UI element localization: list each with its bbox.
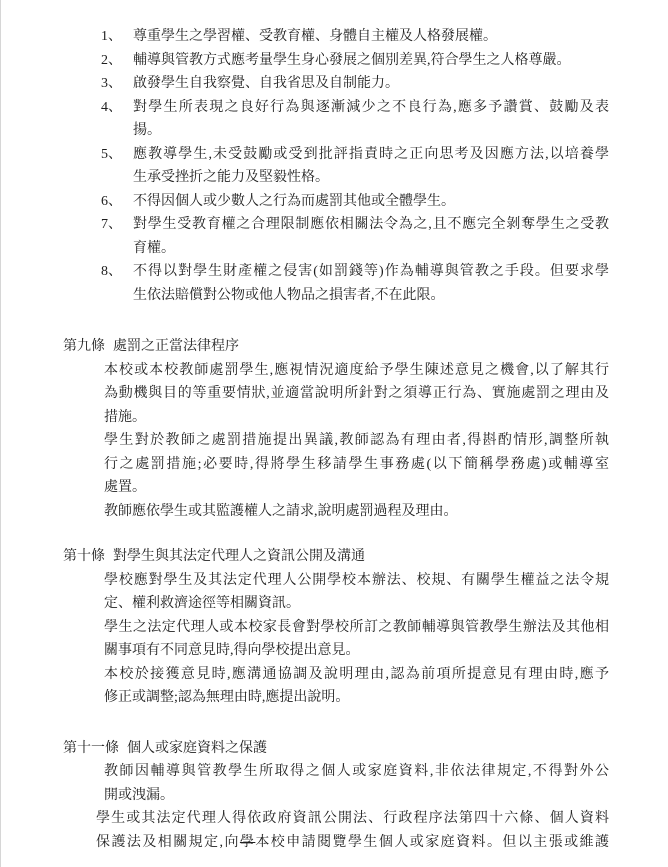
text-segment: 保護法及相關規定,向 bbox=[96, 835, 240, 850]
text-line: 應教導學生,未受鼓勵或受到批評指責時之正向思考及因應方法,以培養學 bbox=[133, 143, 609, 167]
item-text: 啟發學生自我察覺、自我省思及自制能力。 bbox=[133, 72, 609, 96]
paragraph: 學校應對學生及其法定代理人公開學校本辦法、校規、有關學生權益之法令規 定、權利救… bbox=[104, 569, 609, 616]
item-text: 對學生受教育權之合理限制應依相關法令為之,且不應完全剝奪學生之受教 育權。 bbox=[133, 213, 609, 260]
article-label: 第十條 bbox=[63, 549, 105, 564]
text-line: 關事項有不同意見時,得向學校提出意見。 bbox=[104, 639, 609, 663]
text-line: 對學生所表現之良好行為與逐漸減少之不良行為,應多予讚賞、鼓勵及表 bbox=[133, 96, 609, 120]
item-number: 3、 bbox=[101, 72, 133, 96]
item-number: 8、 bbox=[101, 260, 133, 307]
item-number: 1、 bbox=[101, 25, 133, 49]
document-page: 1、 尊重學生之學習權、受教育權、身體自主權及人格發展權。 2、 輔導與管教方式… bbox=[1, 0, 668, 854]
item-text: 尊重學生之學習權、受教育權、身體自主權及人格發展權。 bbox=[133, 25, 609, 49]
text-line: 本校於接獲意見時,應溝通協調及說明理由,認為前項所提意見有理由時,應予 bbox=[104, 663, 609, 687]
article-title: 個人或家庭資料之保護 bbox=[127, 741, 267, 756]
item-number: 5、 bbox=[101, 143, 133, 190]
list-item: 7、 對學生受教育權之合理限制應依相關法令為之,且不應完全剝奪學生之受教 育權。 bbox=[101, 213, 609, 260]
item-text: 不得因個人或少數人之行為而處罰其他或全體學生。 bbox=[133, 190, 609, 214]
paragraph: 學生之法定代理人或本校家長會對學校所訂之教師輔導與管教學生辦法及其他相 關事項有… bbox=[104, 616, 609, 663]
article-9: 第九條處罰之正當法律程序 本校或本校教師處罰學生,應視情況適度給予學生陳述意見之… bbox=[1, 335, 668, 523]
text-line: 行之處罰措施;必要時,得將學生移請學生事務處(以下簡稱學務處)或輔導室 bbox=[104, 453, 609, 477]
text-line: 為動機與目的等重要情狀,並適當說明所針對之須導正行為、實施處罰之理由及 bbox=[104, 382, 609, 406]
text-segment: 本校申請閱覽學生個人或家庭資料。但以主張或維護 bbox=[255, 835, 609, 850]
text-line: 教師應依學生或其監護權人之請求,說明處罰過程及理由。 bbox=[104, 500, 609, 524]
item-text: 應教導學生,未受鼓勵或受到批評指責時之正向思考及因應方法,以培養學 生承受挫折之… bbox=[133, 143, 609, 190]
paragraph: 教師應依學生或其監護權人之請求,說明處罰過程及理由。 bbox=[104, 500, 609, 524]
strikethrough-text: 學 bbox=[240, 835, 255, 850]
article-heading: 第九條處罰之正當法律程序 bbox=[63, 335, 668, 359]
text-line: 揚。 bbox=[133, 119, 609, 143]
paragraph: 教師因輔導與管教學生所取得之個人或家庭資料,非依法律規定,不得對外公 開或洩漏。 bbox=[104, 760, 609, 807]
article-title: 處罰之正當法律程序 bbox=[113, 339, 239, 354]
text-line: 不得因個人或少數人之行為而處罰其他或全體學生。 bbox=[133, 190, 609, 214]
paragraph: 本校於接獲意見時,應溝通協調及說明理由,認為前項所提意見有理由時,應予 修正或調… bbox=[104, 663, 609, 710]
text-line: 保護法及相關規定,向學本校申請閱覽學生個人或家庭資料。但以主張或維護 bbox=[96, 831, 609, 855]
text-line: 生承受挫折之能力及堅毅性格。 bbox=[133, 166, 609, 190]
numbered-list: 1、 尊重學生之學習權、受教育權、身體自主權及人格發展權。 2、 輔導與管教方式… bbox=[1, 25, 668, 307]
text-line: 生依法賠償對公物或他人物品之損害者,不在此限。 bbox=[133, 284, 609, 308]
list-item: 6、 不得因個人或少數人之行為而處罰其他或全體學生。 bbox=[101, 190, 609, 214]
list-item: 3、 啟發學生自我察覺、自我省思及自制能力。 bbox=[101, 72, 609, 96]
list-item: 1、 尊重學生之學習權、受教育權、身體自主權及人格發展權。 bbox=[101, 25, 609, 49]
text-line: 啟發學生自我察覺、自我省思及自制能力。 bbox=[133, 72, 609, 96]
text-line: 學生對於教師之處罰措施提出異議,教師認為有理由者,得斟酌情形,調整所執 bbox=[104, 429, 609, 453]
text-line: 學生或其法定代理人得依政府資訊公開法、行政程序法第四十六條、個人資料 bbox=[96, 807, 609, 831]
paragraph: 學生對於教師之處罰措施提出異議,教師認為有理由者,得斟酌情形,調整所執 行之處罰… bbox=[104, 429, 609, 500]
item-number: 6、 bbox=[101, 190, 133, 214]
text-line: 尊重學生之學習權、受教育權、身體自主權及人格發展權。 bbox=[133, 25, 609, 49]
article-heading: 第十條對學生與其法定代理人之資訊公開及溝通 bbox=[63, 545, 668, 569]
text-line: 修正或調整;認為無理由時,應提出說明。 bbox=[104, 686, 609, 710]
text-line: 不得以對學生財產權之侵害(如罰錢等)作為輔導與管教之手段。但要求學 bbox=[133, 260, 609, 284]
article-heading: 第十一條個人或家庭資料之保護 bbox=[63, 737, 668, 761]
item-text: 對學生所表現之良好行為與逐漸減少之不良行為,應多予讚賞、鼓勵及表 揚。 bbox=[133, 96, 609, 143]
article-title: 對學生與其法定代理人之資訊公開及溝通 bbox=[113, 549, 365, 564]
text-line: 定、權利救濟途徑等相關資訊。 bbox=[104, 592, 609, 616]
text-line: 育權。 bbox=[133, 237, 609, 261]
article-11: 第十一條個人或家庭資料之保護 教師因輔導與管教學生所取得之個人或家庭資料,非依法… bbox=[1, 737, 668, 855]
list-item: 8、 不得以對學生財產權之侵害(如罰錢等)作為輔導與管教之手段。但要求學 生依法… bbox=[101, 260, 609, 307]
article-label: 第十一條 bbox=[63, 741, 119, 756]
text-line: 學校應對學生及其法定代理人公開學校本辦法、校規、有關學生權益之法令規 bbox=[104, 569, 609, 593]
item-text: 不得以對學生財產權之侵害(如罰錢等)作為輔導與管教之手段。但要求學 生依法賠償對… bbox=[133, 260, 609, 307]
paragraph: 本校或本校教師處罰學生,應視情況適度給予學生陳述意見之機會,以了解其行 為動機與… bbox=[104, 359, 609, 430]
item-number: 7、 bbox=[101, 213, 133, 260]
paragraph: 學生或其法定代理人得依政府資訊公開法、行政程序法第四十六條、個人資料 保護法及相… bbox=[96, 807, 609, 854]
text-line: 措施。 bbox=[104, 406, 609, 430]
list-item: 2、 輔導與管教方式應考量學生身心發展之個別差異,符合學生之人格尊嚴。 bbox=[101, 49, 609, 73]
text-line: 學生之法定代理人或本校家長會對學校所訂之教師輔導與管教學生辦法及其他相 bbox=[104, 616, 609, 640]
article-10: 第十條對學生與其法定代理人之資訊公開及溝通 學校應對學生及其法定代理人公開學校本… bbox=[1, 545, 668, 710]
text-line: 本校或本校教師處罰學生,應視情況適度給予學生陳述意見之機會,以了解其行 bbox=[104, 359, 609, 383]
list-item: 5、 應教導學生,未受鼓勵或受到批評指責時之正向思考及因應方法,以培養學 生承受… bbox=[101, 143, 609, 190]
text-line: 教師因輔導與管教學生所取得之個人或家庭資料,非依法律規定,不得對外公 bbox=[104, 760, 609, 784]
text-line: 輔導與管教方式應考量學生身心發展之個別差異,符合學生之人格尊嚴。 bbox=[133, 49, 609, 73]
item-number: 4、 bbox=[101, 96, 133, 143]
item-text: 輔導與管教方式應考量學生身心發展之個別差異,符合學生之人格尊嚴。 bbox=[133, 49, 609, 73]
text-line: 對學生受教育權之合理限制應依相關法令為之,且不應完全剝奪學生之受教 bbox=[133, 213, 609, 237]
text-line: 處置。 bbox=[104, 476, 609, 500]
item-number: 2、 bbox=[101, 49, 133, 73]
article-label: 第九條 bbox=[63, 339, 105, 354]
list-item: 4、 對學生所表現之良好行為與逐漸減少之不良行為,應多予讚賞、鼓勵及表 揚。 bbox=[101, 96, 609, 143]
text-line: 開或洩漏。 bbox=[104, 784, 609, 808]
